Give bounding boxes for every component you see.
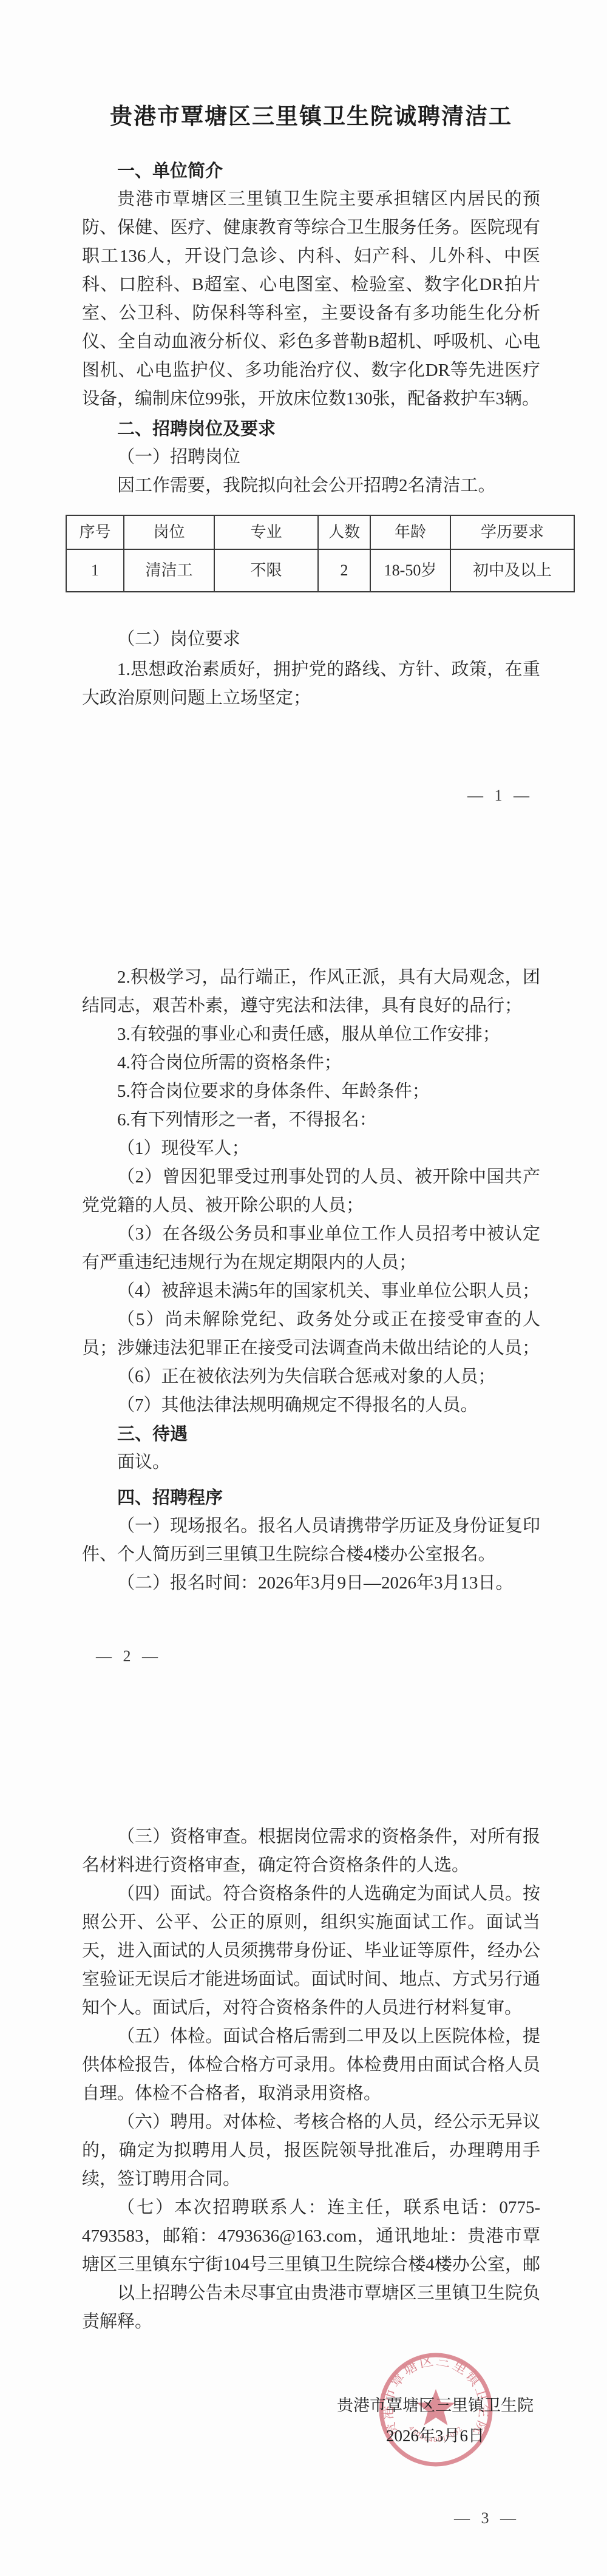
procedure-list-page2: （一）现场报名。报名人员请携带学历证及身份证复印件、个人简历到三里镇卫生院综合楼… [82, 1512, 540, 1598]
table-cell-age: 18-50岁 [370, 549, 450, 592]
requirement-item: 1.思想政治素质好，拥护党的路线、方针、政策，在重大政治原则问题上立场坚定； [82, 656, 540, 713]
requirement-item: （2）曾因犯罪受过刑事处罚的人员、被开除中国共产党党籍的人员、被开除公职的人员； [82, 1163, 540, 1220]
requirement-item: 2.积极学习，品行端正，作风正派，具有大局观念，团结同志，艰苦朴素，遵守宪法和法… [82, 963, 540, 1020]
table-header-education: 学历要求 [450, 515, 574, 549]
table-cell-position: 清洁工 [124, 549, 214, 592]
requirement-item: （7）其他法律法规明确规定不得报名的人员。 [82, 1391, 540, 1420]
section-heading-salary: 三、待遇 [82, 1420, 540, 1448]
page-number-3: — 3 — [454, 2509, 520, 2527]
procedure-item: （六）聘用。对体检、考核合格的人员，经公示无异议的，确定为拟聘用人员，报医院领导… [82, 2108, 540, 2194]
document-scan: 贵港市覃塘区三里镇卫生院诚聘清洁工 一、单位简介 贵港市覃塘区三里镇卫生院主要承… [0, 0, 607, 2576]
page-number-2: — 2 — [96, 1647, 161, 1666]
signature-block: 贵港市覃塘区三里镇卫生院 2026年3月6日 [335, 2390, 535, 2451]
signature-organization: 贵港市覃塘区三里镇卫生院 [335, 2390, 535, 2421]
procedure-item: （五）体检。面试合格后需到二甲及以上医院体检，提供体检报告，体检合格方可录用。体… [82, 2022, 540, 2108]
requirement-item: （1）现役军人； [82, 1134, 540, 1163]
table-header-position: 岗位 [124, 515, 214, 549]
procedure-item: （一）现场报名。报名人员请携带学历证及身份证复印件、个人简历到三里镇卫生院综合楼… [82, 1512, 540, 1569]
job-table: 序号 岗位 专业 人数 年龄 学历要求 1 清洁工 不限 2 18-50岁 初中… [66, 515, 575, 592]
requirement-item: 5.符合岗位要求的身体条件、年龄条件； [82, 1077, 540, 1106]
table-header-count: 人数 [318, 515, 370, 549]
procedure-item: （二）报名时间：2026年3月9日—2026年3月13日。 [82, 1569, 540, 1598]
table-header-major: 专业 [214, 515, 318, 549]
requirement-item: 4.符合岗位所需的资格条件； [82, 1049, 540, 1077]
signature-date: 2026年3月6日 [335, 2421, 535, 2451]
document-title: 贵港市覃塘区三里镇卫生院诚聘清洁工 [82, 0, 540, 132]
procedure-item: 以上招聘公告未尽事宜由贵港市覃塘区三里镇卫生院负责解释。 [82, 2279, 540, 2336]
procedure-list-page3: （三）资格审查。根据岗位需求的资格条件，对所有报名材料进行资格审查，确定符合资格… [82, 1823, 540, 2336]
requirement-item: 6.有下列情形之一者，不得报名： [82, 1106, 540, 1134]
procedure-item: （七）本次招聘联系人：连主任，联系电话：0775-4793583，邮箱：4793… [82, 2194, 540, 2279]
table-cell-index: 1 [66, 549, 124, 592]
table-header-index: 序号 [66, 515, 124, 549]
recruit-position-text: 因工作需要，我院拟向社会公开招聘2名清洁工。 [82, 472, 540, 500]
section-heading-procedure: 四、招聘程序 [82, 1483, 540, 1512]
salary-text: 面议。 [82, 1448, 540, 1477]
subheading-recruit-position: （一）招聘岗位 [82, 443, 540, 472]
table-row: 1 清洁工 不限 2 18-50岁 初中及以上 [66, 549, 574, 592]
requirement-item: （3）在各级公务员和事业单位工作人员招考中被认定有严重违纪违规行为在规定期限内的… [82, 1220, 540, 1277]
requirement-item: （6）正在被依法列为失信联合惩戒对象的人员； [82, 1363, 540, 1391]
table-cell-major: 不限 [214, 549, 318, 592]
document-content: 贵港市覃塘区三里镇卫生院诚聘清洁工 一、单位简介 贵港市覃塘区三里镇卫生院主要承… [0, 0, 607, 2336]
procedure-item: （三）资格审查。根据岗位需求的资格条件，对所有报名材料进行资格审查，确定符合资格… [82, 1823, 540, 1880]
requirements-list: 2.积极学习，品行端正，作风正派，具有大局观念，团结同志，艰苦朴素，遵守宪法和法… [82, 963, 540, 1420]
section-heading-unit-intro: 一、单位简介 [82, 157, 540, 185]
table-cell-count: 2 [318, 549, 370, 592]
procedure-item: （四）面试。符合资格条件的人选确定为面试人员。按照公开、公平、公正的原则，组织实… [82, 1880, 540, 2022]
requirement-item: 3.有较强的事业心和责任感，服从单位工作安排； [82, 1020, 540, 1049]
table-header-age: 年龄 [370, 515, 450, 549]
table-header-row: 序号 岗位 专业 人数 年龄 学历要求 [66, 515, 574, 549]
requirement-item: （5）尚未解除党纪、政务处分或正在接受审查的人员；涉嫌违法犯罪正在接受司法调查尚… [82, 1306, 540, 1363]
unit-intro-paragraph: 贵港市覃塘区三里镇卫生院主要承担辖区内居民的预防、保健、医疗、健康教育等综合卫生… [82, 185, 540, 413]
table-cell-education: 初中及以上 [450, 549, 574, 592]
requirement-item: （4）被辞退未满5年的国家机关、事业单位公职人员； [82, 1277, 540, 1306]
page-number-1: — 1 — [467, 787, 533, 805]
section-heading-positions: 二、招聘岗位及要求 [82, 415, 540, 443]
subheading-position-requirements: （二）岗位要求 [82, 625, 540, 654]
job-table-wrapper: 序号 岗位 专业 人数 年龄 学历要求 1 清洁工 不限 2 18-50岁 初中… [66, 515, 540, 592]
